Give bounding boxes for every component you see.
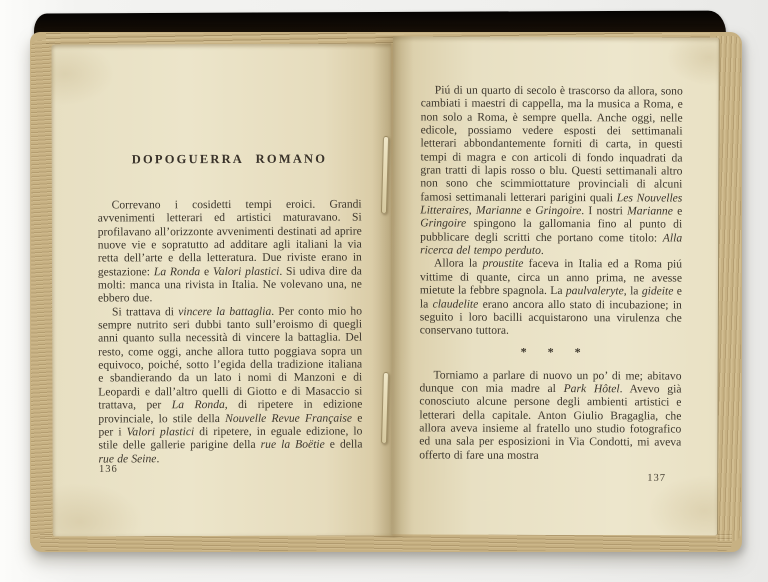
text-run: , la (624, 284, 642, 297)
text-run: rue de Seine (99, 452, 157, 465)
text-run: , (469, 204, 476, 217)
text-run: gideite (642, 285, 674, 298)
paragraph: Correvano i cosidetti tempi eroici. Gran… (98, 198, 362, 306)
text-run: e (522, 204, 536, 217)
text-run: . (156, 452, 159, 465)
text-run: e della (325, 438, 363, 451)
text-run: Park Hôtel (564, 382, 620, 395)
text-run: paulvaleryte (566, 284, 624, 297)
page-stack-bottom-edge (40, 534, 732, 551)
book-scan-photo: DOPOGUERRA ROMANO Correvano i cosidetti … (0, 0, 768, 582)
paragraph: Torniamo a parlare di nuovo un po’ di me… (419, 368, 681, 463)
text-run: rue la Boëtie (261, 438, 325, 451)
text-run: . Per conto mio ho sempre nutrito seri d… (98, 304, 362, 411)
text-run: e (200, 265, 213, 278)
right-page-paragraphs-after: Torniamo a parlare di nuovo un po’ di me… (419, 368, 681, 463)
text-run: Marianne (476, 204, 522, 217)
section-separator: * * * (420, 344, 682, 360)
paragraph: Allora la proustite faceva in Italia ed … (420, 257, 682, 338)
text-run: Marianne (627, 204, 673, 217)
left-page-text: DOPOGUERRA ROMANO Correvano i cosidetti … (97, 152, 362, 466)
left-page-paragraphs: Correvano i cosidetti tempi eroici. Gran… (98, 198, 363, 466)
right-page-text: Piú di un quarto di secolo è trascorso d… (419, 83, 683, 462)
text-run: Valori plastici (127, 425, 195, 438)
text-run: . I nostri (581, 204, 627, 217)
text-run: proustite (483, 257, 524, 270)
text-run: vincere la battaglia (178, 305, 271, 318)
right-page-paragraphs: Piú di un quarto di secolo è trascorso d… (420, 83, 683, 338)
text-run: claudelite (433, 297, 479, 310)
text-run: La Ronda (154, 265, 200, 278)
text-run: Piú di un quarto di secolo è trascorso d… (420, 83, 683, 204)
page-number-right: 137 (420, 471, 666, 484)
text-run: . (541, 244, 544, 257)
paragraph: Piú di un quarto di secolo è trascorso d… (420, 83, 683, 258)
text-run: e (673, 205, 682, 218)
text-run: La Ronda (172, 398, 225, 411)
chapter-heading: DOPOGUERRA ROMANO (97, 152, 361, 168)
text-run: Si trattava di (112, 305, 178, 318)
paragraph: Si trattava di vincere la battaglia. Per… (98, 304, 363, 465)
text-run: Valori plastici (213, 265, 279, 278)
page-number-left: 136 (99, 464, 118, 475)
page-stack-right-edge (716, 36, 741, 541)
text-run: Gringoire (420, 217, 466, 230)
text-run: Gringoire (535, 204, 581, 217)
text-run: Allora la (434, 257, 483, 270)
text-run: Nouvelle Revue Française (225, 411, 352, 424)
